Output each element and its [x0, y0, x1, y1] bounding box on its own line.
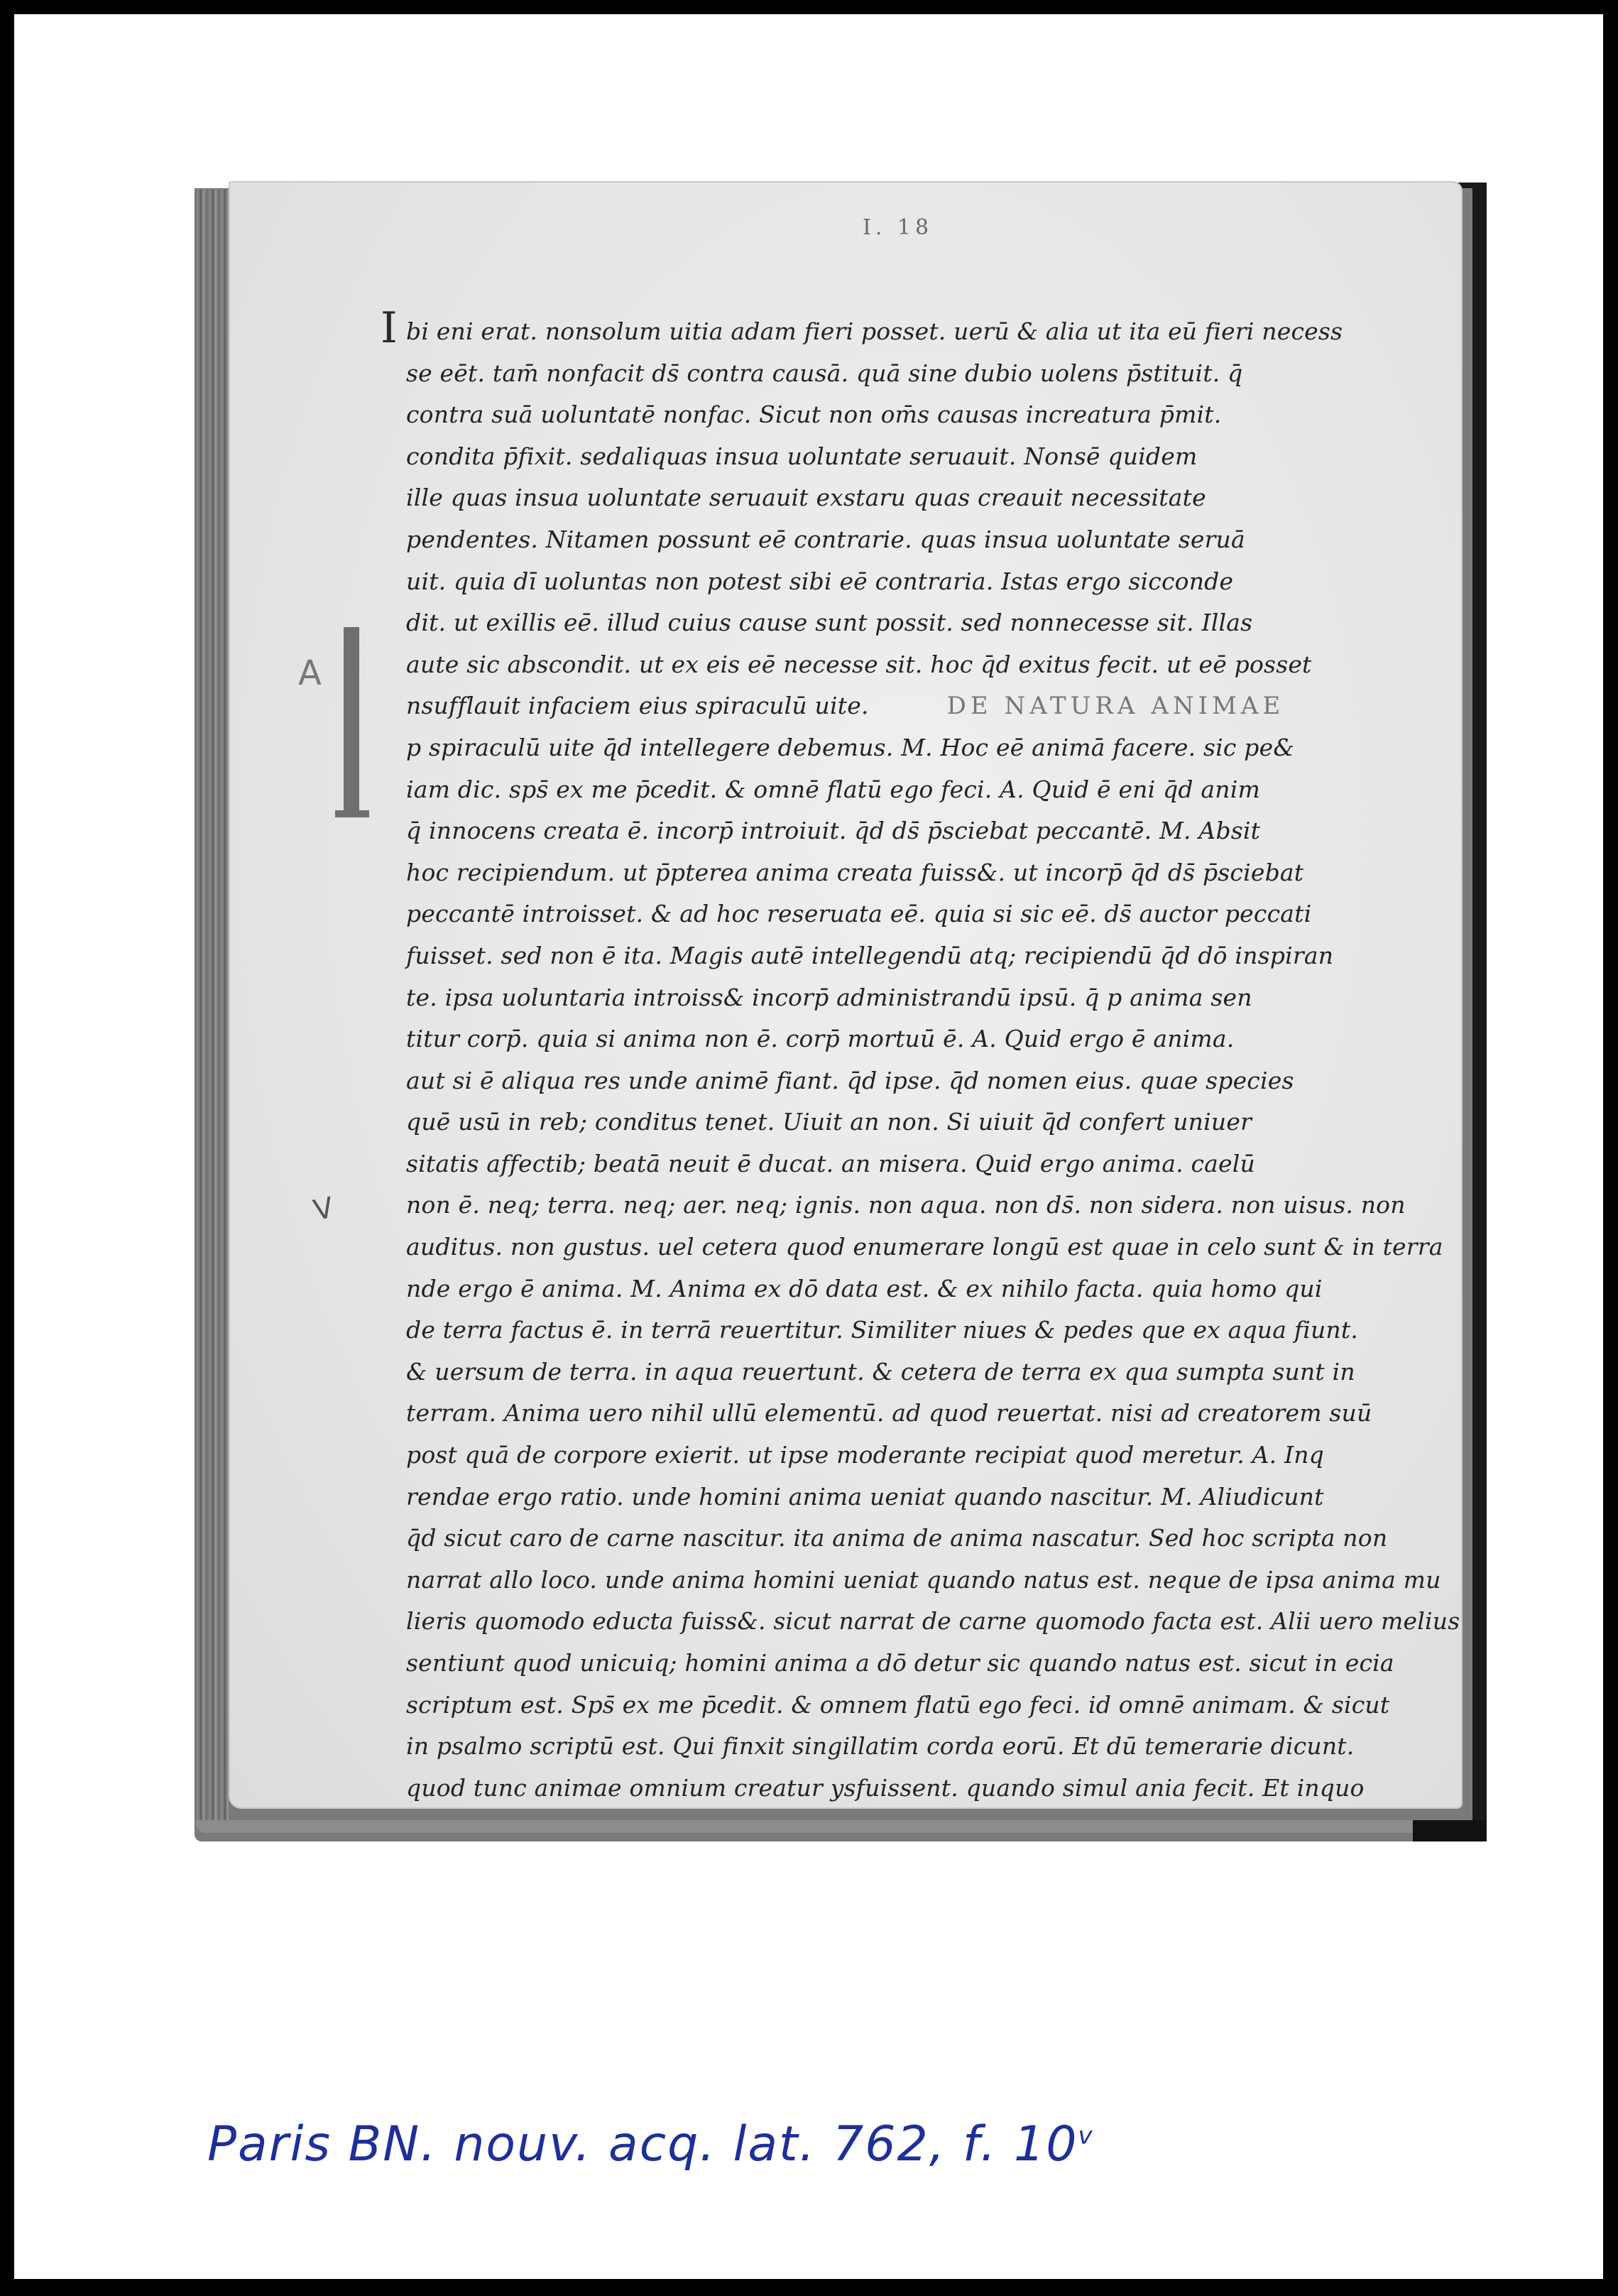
text-line: quē usū in reb; conditus tenet. Uiuit an… — [406, 1101, 1421, 1143]
decorated-initial-I — [344, 627, 359, 813]
handwritten-shelfmark-caption: Paris BN. nouv. acq. lat. 762, f. 10v — [207, 2116, 1094, 2172]
text-line: dit. ut exillis eē. illud cuius cause su… — [406, 602, 1421, 644]
text-line: ille quas insua uoluntate seruauit exsta… — [406, 477, 1421, 519]
rubric-heading: DE NATURA ANIMAE — [947, 692, 1285, 720]
text-line: fuisset. sed non ē ita. Magis autē intel… — [406, 935, 1421, 977]
text-line: de terra factus ē. in terrā reuertitur. … — [406, 1310, 1421, 1351]
text-line: sitatis affectib; beatā neuit ē ducat. a… — [406, 1143, 1421, 1185]
text-line: in psalmo scriptū est. Qui finxit singil… — [406, 1726, 1421, 1768]
text-line: lieris quomodo educta fuiss&. sicut narr… — [406, 1601, 1421, 1643]
caption-text: Paris BN. nouv. acq. lat. 762, f. 10 — [207, 2116, 1078, 2172]
text-line: condita p̄fixit. sedaliquas insua uolunt… — [406, 436, 1421, 478]
text-line: aute sic abscondit. ut ex eis eē necesse… — [406, 644, 1421, 686]
text-line: p spiraculū uite q̄d intellegere debemus… — [406, 727, 1421, 769]
text-line: quod tunc animae omnium creatur ysfuisse… — [406, 1768, 1421, 1810]
text-line: contra suā uoluntatē nonfac. Sicut non o… — [406, 394, 1421, 436]
scan-sheet: I. 18 I A V bi eni erat. nonsolum uitia … — [14, 14, 1603, 2279]
text-line: q̄d sicut caro de carne nascitur. ita an… — [406, 1518, 1421, 1560]
text-line: sentiunt quod unicuiq; homini anima a dō… — [406, 1643, 1421, 1685]
folio-number: I. 18 — [863, 215, 933, 240]
text-line: aut si ē aliqua res unde animē fiant. q̄… — [406, 1060, 1421, 1102]
manuscript-leaf: I. 18 I A V bi eni erat. nonsolum uitia … — [229, 181, 1463, 1809]
text-line: uit. quia dī uoluntas non potest sibi eē… — [406, 561, 1421, 603]
text-line: pendentes. Nitamen possunt eē contrarie.… — [406, 519, 1421, 561]
text-segment: nsufflauit infaciem eius spiraculū uite. — [406, 692, 869, 719]
margin-mark-a: A — [298, 653, 322, 693]
text-line: q̄ innocens creata ē. incorp̄ introiuit.… — [406, 810, 1421, 852]
text-line-with-rubric: nsufflauit infaciem eius spiraculū uite.… — [406, 685, 1421, 727]
text-line: rendae ergo ratio. unde homini anima uen… — [406, 1476, 1421, 1518]
text-line: narrat allo loco. unde anima homini ueni… — [406, 1560, 1421, 1601]
text-line: titur corp̄. quia si anima non ē. corp̄ … — [406, 1018, 1421, 1060]
text-line: nde ergo ē anima. M. Anima ex dō data es… — [406, 1268, 1421, 1310]
text-line: se eēt. tam̄ nonfacit ds̄ contra causā. … — [406, 353, 1421, 395]
margin-mark-v: V — [311, 1192, 337, 1228]
text-line: & uersum de terra. in aqua reuertunt. & … — [406, 1351, 1421, 1393]
text-line: hoc recipiendum. ut p̄pterea anima creat… — [406, 852, 1421, 894]
book-spine-edge — [195, 190, 229, 1830]
text-line: non ē. neq; terra. neq; aer. neq; ignis.… — [406, 1185, 1421, 1226]
text-line: peccantē introisset. & ad hoc reseruata … — [406, 893, 1421, 935]
leaf-bottom-edge — [196, 1820, 1445, 1833]
text-line: te. ipsa uoluntaria introiss& incorp̄ ad… — [406, 977, 1421, 1019]
text-line: post quā de corpore exierit. ut ipse mod… — [406, 1435, 1421, 1476]
manuscript-photograph: I. 18 I A V bi eni erat. nonsolum uitia … — [179, 168, 1487, 1841]
text-line: iam dic. sps̄ ex me p̄cedit. & omnē flat… — [406, 769, 1421, 811]
caption-verso-mark: v — [1078, 2121, 1093, 2150]
background-shadow-bottom — [1413, 1820, 1487, 1841]
text-line: terram. Anima uero nihil ullū elementū. … — [406, 1393, 1421, 1435]
line-initial: I — [381, 303, 398, 353]
text-line: bi eni erat. nonsolum uitia adam fieri p… — [406, 311, 1421, 353]
text-line: scriptum est. Sps̄ ex me p̄cedit. & omne… — [406, 1685, 1421, 1726]
manuscript-text: bi eni erat. nonsolum uitia adam fieri p… — [406, 311, 1421, 1809]
text-line: auditus. non gustus. uel cetera quod enu… — [406, 1226, 1421, 1268]
